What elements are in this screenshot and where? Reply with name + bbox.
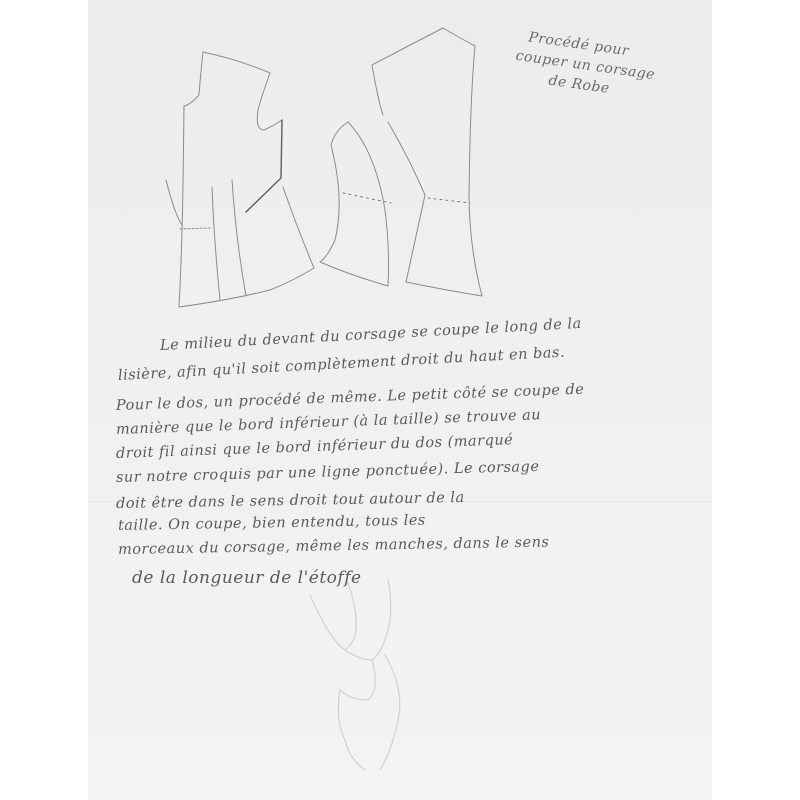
handwritten-line: de la longueur de l'étoffe (132, 568, 362, 588)
